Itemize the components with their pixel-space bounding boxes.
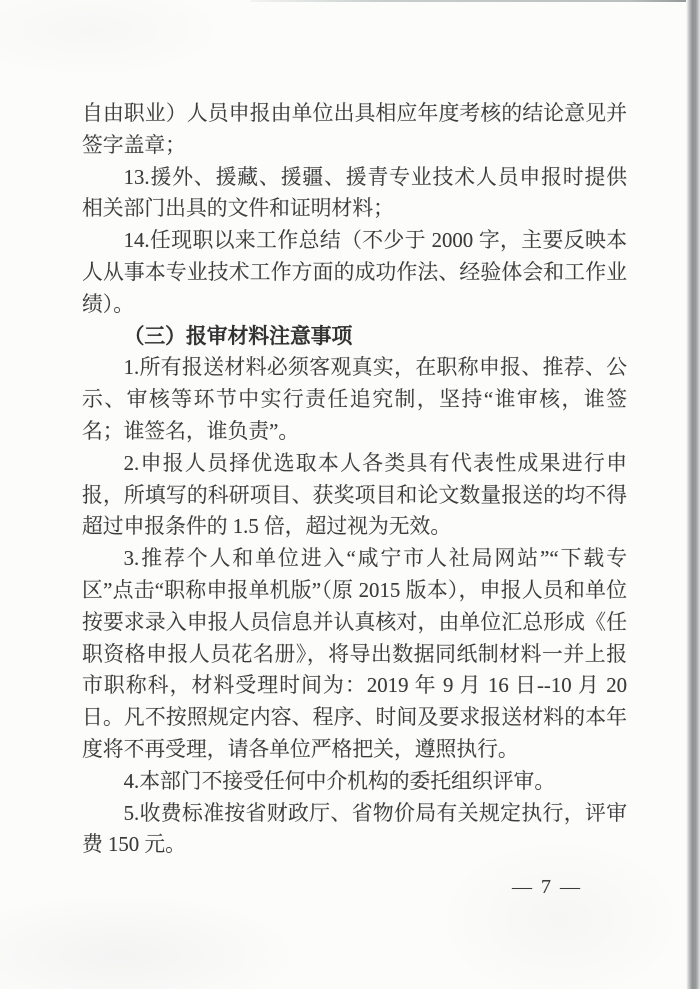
paragraph-item-13: 13.援外、援藏、援疆、援青专业技术人员申报时提供相关部门出具的文件和证明材料； — [82, 162, 627, 226]
document-body: 自由职业）人员申报由单位出具相应年度考核的结论意见并签字盖章； 13.援外、援藏… — [82, 98, 627, 861]
paragraph-note-2: 2.申报人员择优选取本人各类具有代表性成果进行申报，所填写的科研项目、获奖项目和… — [82, 448, 627, 543]
paragraph-continuation: 自由职业）人员申报由单位出具相应年度考核的结论意见并签字盖章； — [82, 98, 627, 162]
paragraph-item-14: 14.任现职以来工作总结（不少于 2000 字，主要反映本人从事本专业技术工作方… — [82, 225, 627, 320]
paragraph-note-5: 5.收费标准按省财政厅、省物价局有关规定执行，评审费 150 元。 — [82, 798, 627, 862]
paragraph-note-4: 4.本部门不接受任何中介机构的委托组织评审。 — [82, 766, 627, 798]
paragraph-note-3: 3.推荐个人和单位进入“咸宁市人社局网站”“下载专区”点击“职称申报单机版”（原… — [82, 543, 627, 766]
document-page: 自由职业）人员申报由单位出具相应年度考核的结论意见并签字盖章； 13.援外、援藏… — [0, 0, 700, 989]
section-heading-materials-notes: （三）报审材料注意事项 — [82, 321, 627, 353]
scan-top-edge-line — [250, 0, 696, 2]
scan-right-edge-shadow — [686, 0, 700, 989]
paragraph-note-1: 1.所有报送材料必须客观真实，在职称申报、推荐、公示、审核等环节中实行责任追究制… — [82, 352, 627, 447]
page-number: — 7 — — [512, 876, 582, 899]
